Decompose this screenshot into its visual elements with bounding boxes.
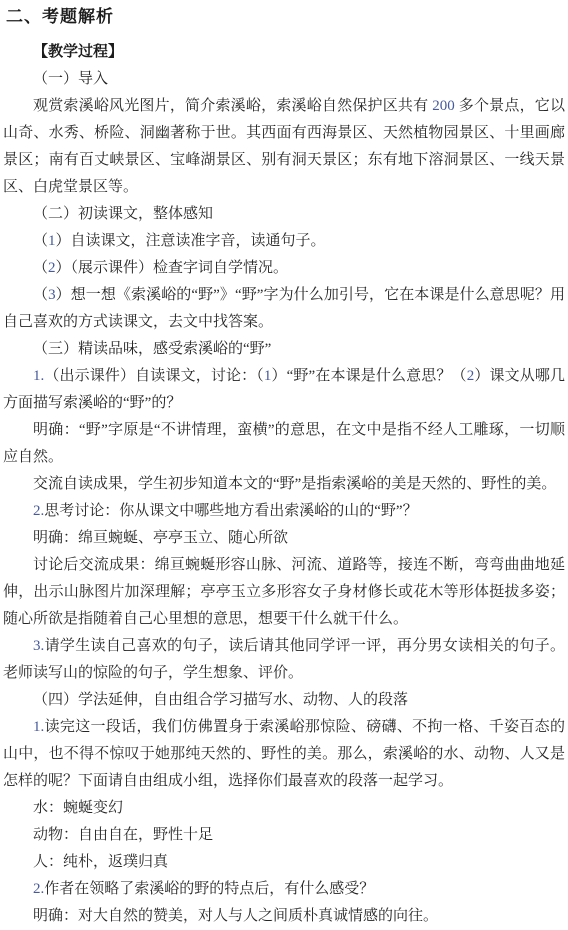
doc-paragraph: 明确：对大自然的赞美，对人与人之间质朴真诚情感的向往。	[3, 903, 565, 930]
doc-paragraph: 明确：“野”字原是“不讲情理，蛮横”的意思，在文中是指不经人工雕琢，一切顺应自然…	[3, 417, 565, 471]
doc-paragraph: （3）想一想《索溪峪的“野”》“野”字为什么加引号，它在本课是什么意思呢？用自己…	[3, 282, 565, 336]
doc-paragraph: 观赏索溪峪风光图片，简介索溪峪，索溪峪自然保护区共有 200 多个景点，它以山奇…	[3, 93, 565, 201]
doc-title: 二、考题解析	[6, 3, 565, 30]
doc-paragraph: 动物：自由自在，野性十足	[3, 822, 565, 849]
doc-paragraph: 2.思考讨论：你从课文中哪些地方看出索溪峪的山的“野”？	[3, 498, 565, 525]
doc-subtitle: 【教学过程】	[3, 39, 565, 66]
doc-paragraph: 2.作者在领略了索溪峪的野的特点后，有什么感受？	[3, 876, 565, 903]
section-heading: （一）导入	[3, 66, 565, 93]
doc-paragraph: 交流自读成果，学生初步知道本文的“野”是指索溪峪的美是天然的、野性的美。	[3, 471, 565, 498]
doc-paragraph: 人：纯朴，返璞归真	[3, 849, 565, 876]
doc-paragraph: 3.请学生读自己喜欢的句子，读后请其他同学评一评，再分男女读相关的句子。老师读写…	[3, 633, 565, 687]
doc-paragraph: 讨论后交流成果：绵亘蜿蜒形容山脉、河流、道路等，接连不断，弯弯曲曲地延伸，出示山…	[3, 552, 565, 633]
doc-paragraph: 1.（出示课件）自读课文，讨论：（1）“野”在本课是什么意思？（2）课文从哪几方…	[3, 363, 565, 417]
section-heading: （四）学法延伸，自由组合学习描写水、动物、人的段落	[3, 687, 565, 714]
doc-paragraph: （1）自读课文，注意读准字音，读通句子。	[3, 228, 565, 255]
doc-paragraph: 1.读完这一段话，我们仿佛置身于索溪峪那惊险、磅礴、不拘一格、千姿百态的山中，也…	[3, 714, 565, 795]
doc-paragraph: 水：蜿蜒变幻	[3, 795, 565, 822]
doc-paragraph: 明确：绵亘蜿蜒、亭亭玉立、随心所欲	[3, 525, 565, 552]
doc-paragraph: （2）（展示课件）检查字词自学情况。	[3, 255, 565, 282]
document-page: 二、考题解析 【教学过程】 （一）导入 观赏索溪峪风光图片，简介索溪峪，索溪峪自…	[0, 0, 568, 930]
section-heading: （三）精读品味，感受索溪峪的“野”	[3, 336, 565, 363]
section-heading: （二）初读课文，整体感知	[3, 201, 565, 228]
